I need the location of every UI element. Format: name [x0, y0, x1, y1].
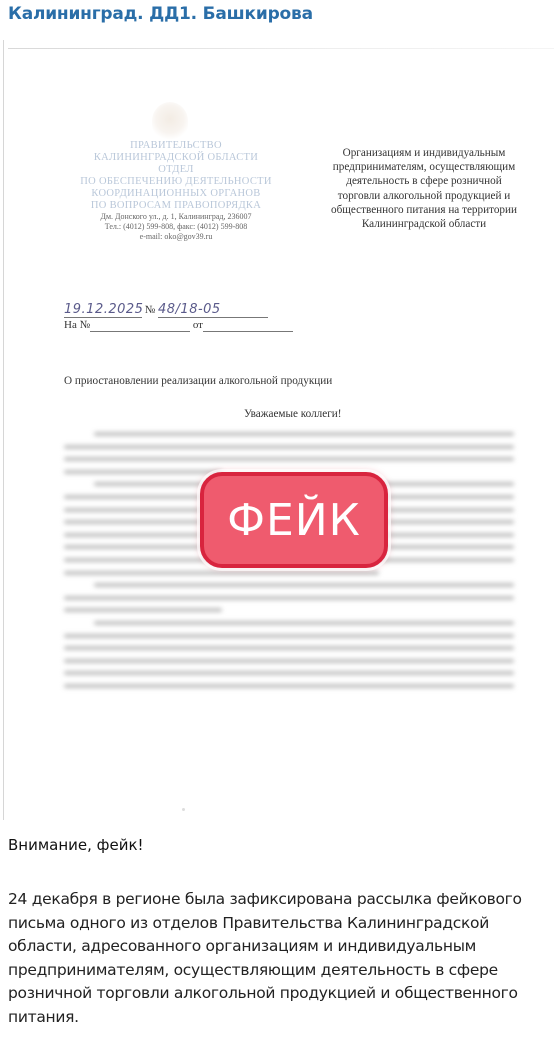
org-line: ПРАВИТЕЛЬСТВО	[56, 140, 296, 152]
recipient-line: предпринимателям, осуществляющим	[304, 160, 544, 174]
fake-stamp: ФЕЙК	[200, 472, 388, 568]
fake-stamp-label: ФЕЙК	[227, 495, 361, 546]
reply-date-field	[203, 319, 293, 332]
letter-subject: О приостановлении реализации алкогольной…	[64, 375, 332, 387]
reply-reference-row: На № от	[64, 319, 293, 336]
letterhead: ПРАВИТЕЛЬСТВО КАЛИНИНГРАДСКОЙ ОБЛАСТИ ОТ…	[56, 140, 296, 242]
letter-greeting: Уважаемые коллеги!	[244, 408, 342, 420]
letter-number: 48/18-05	[158, 302, 268, 318]
recipient-line: общественного питания на территории	[304, 203, 544, 217]
letter-date: 19.12.2025	[64, 302, 142, 318]
page-mark	[182, 808, 185, 811]
letter-image[interactable]: ПРАВИТЕЛЬСТВО КАЛИНИНГРАДСКОЙ ОБЛАСТИ ОТ…	[3, 40, 554, 820]
post-title[interactable]: Калининград. ДД1. Башкирова	[8, 4, 313, 24]
org-line: ПО ОБЕСПЕЧЕНИЮ ДЕЯТЕЛЬНОСТИ	[56, 176, 296, 188]
org-line: ОТДЕЛ	[56, 164, 296, 176]
recipient-line: Калининградской области	[304, 217, 544, 231]
recipient-line: деятельность в сфере розничной	[304, 174, 544, 188]
letter-top-edge	[8, 48, 554, 49]
org-line: ПО ВОПРОСАМ ПРАВОПОРЯДКА	[56, 200, 296, 212]
org-line: КООРДИНАЦИОННЫХ ОРГАНОВ	[56, 188, 296, 200]
outgoing-number-row: 19.12.2025 № 48/18-05	[64, 302, 293, 319]
reply-label: На №	[64, 319, 90, 331]
address-line: Дм. Донского ул., д. 1, Калининград, 236…	[56, 212, 296, 222]
reply-number-field	[90, 319, 190, 332]
coat-of-arms-icon	[152, 102, 188, 140]
recipient-line: торговли алкогольной продукцией и	[304, 189, 544, 203]
number-label: №	[145, 304, 156, 316]
registration-block: 19.12.2025 № 48/18-05 На № от	[64, 302, 293, 336]
notice-heading: Внимание, фейк!	[8, 836, 144, 854]
recipient-block: Организациям и индивидуальным предприним…	[304, 146, 544, 231]
from-label: от	[193, 319, 203, 331]
recipient-line: Организациям и индивидуальным	[304, 146, 544, 160]
org-line: КАЛИНИНГРАДСКОЙ ОБЛАСТИ	[56, 152, 296, 164]
notice-body: 24 декабря в регионе была зафиксирована …	[8, 888, 548, 1029]
email-line: e-mail: oko@gov39.ru	[56, 232, 296, 242]
phone-line: Тел.: (4012) 599-808, факс: (4012) 599-8…	[56, 222, 296, 232]
